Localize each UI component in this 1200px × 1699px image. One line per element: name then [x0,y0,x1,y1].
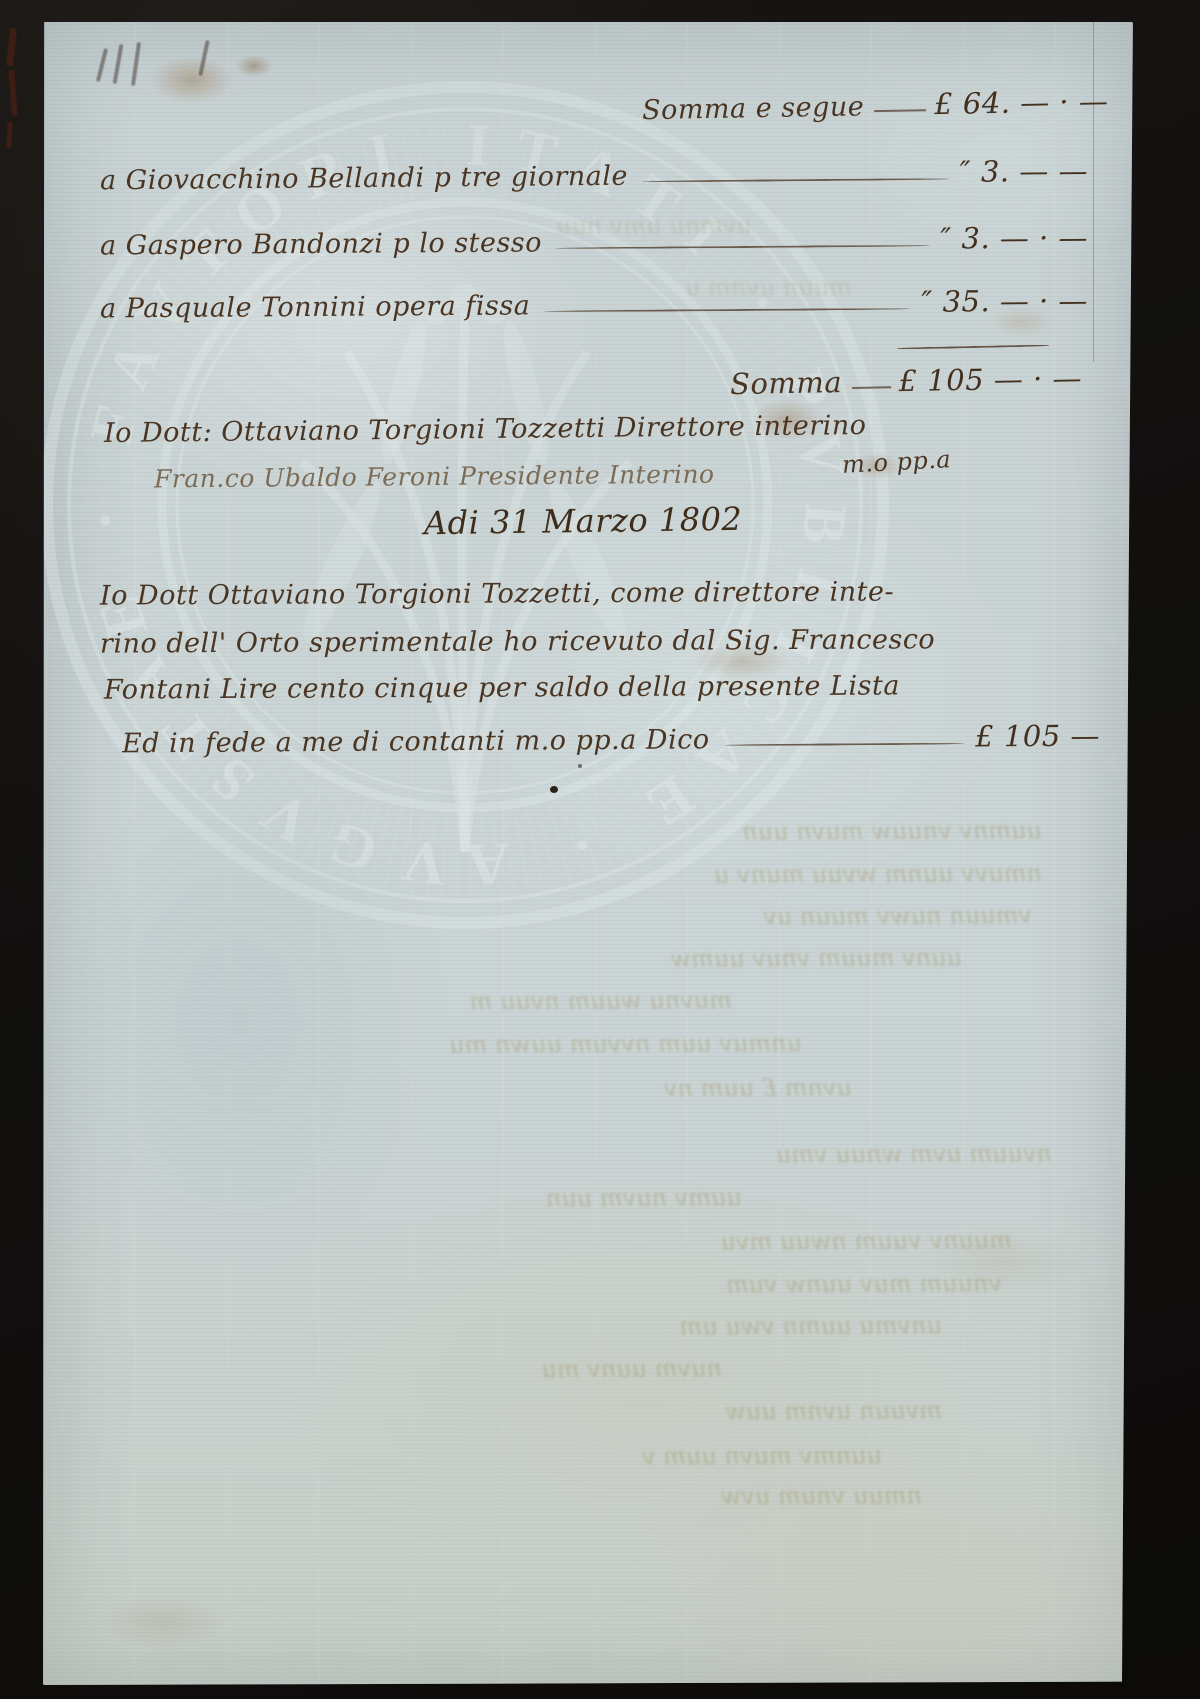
bleed-through-line: nmuu vnum uvw [662,1481,922,1510]
bleed-through-line: unvmu uumn vwu um [642,1311,942,1341]
total-line: Somma £ 105 — · — [730,361,1083,401]
bleed-through-line: nmuvv uunm wvuu munv u [682,859,1042,889]
connector-rule [852,386,890,389]
connector-rule [874,109,926,112]
bleed-through-line: uunv muum vnuv uumw [662,943,962,973]
date-line: Adi 31 Marzo 1802 [424,500,743,542]
bleed-through-line: nuvm uunv mu [472,1354,722,1383]
bleed-through-line: uunmv muvn uum v [582,1441,882,1471]
signature-line-director: Io Dott: Ottaviano Torgioni Tozzetti Dir… [104,410,867,449]
paper-stains [42,22,1134,1685]
receipt-closing-line: Ed in fede a me di contanti m.o pp.a Dic… [122,719,1100,760]
binding-mark [6,28,17,67]
bleed-through-line: muun uvnm u [392,273,852,303]
manuscript-page: ITATI · PVBLICAE · AVGVSTAE · FAVTORI · … [42,22,1134,1685]
entry-amount: ″ 35. — · — [921,284,1088,319]
paper-mottling [42,22,1134,1685]
bleed-through-line: uumv nuvm uun [462,1183,742,1212]
bleed-through-line: muunv vuum nwuu mvu [682,1226,1012,1256]
pen-mark [96,48,108,82]
binding-mark [8,70,17,116]
total-amount: £ 105 — · — [898,361,1082,398]
signature-line-president: Fran.co Ubaldo Feroni Presidente Interin… [154,460,715,494]
receipt-line: Io Dott Ottaviano Torgioni Tozzetti, com… [100,575,1100,611]
scan-background: { "header": { "carry_label": "Somma e se… [0,0,1200,1699]
pen-mark [131,42,141,86]
signature-flourish: m.o pp.a [841,445,951,479]
entry-rule [544,308,911,313]
closing-rule [724,743,966,747]
receipt-line: Fontani Lire cento cinque per saldo dell… [104,669,1104,705]
entry-amount: ″ 3. — · — [940,221,1088,256]
ink-dot [578,764,582,768]
bleed-through-line: nvuum uvm wnuu vmu [722,1139,1052,1169]
pen-mark [198,40,209,76]
bleed-through-line: uvnm £ uum nv [642,1073,852,1102]
carry-amount: £ 64. — · — [934,84,1109,121]
bleed-through-line: unmuv uum nvvum uuwn mu [382,1029,802,1059]
carry-label: Somma e segue [642,91,865,126]
receipt-line: rino dell' Orto sperimentale ho ricevuto… [100,623,1100,659]
bleed-through-line: muvnu wuum nvuu m [402,986,732,1016]
bleed-through-line: uumnv vnuuw muvn uum [742,816,1042,846]
ledger-column-line [1093,22,1094,362]
carry-forward-line: Somma e segue £ 64. — · — [642,84,1121,126]
entry-description: a Giovacchino Bellandi p tre giornale [100,161,628,197]
ink-dot [550,786,558,793]
entry-rule [642,178,950,183]
entry-rule [556,245,931,250]
total-label: Somma [730,365,843,401]
laid-paper-texture [42,22,1134,1685]
binding-mark [6,122,12,148]
receipt-closing-text: Ed in fede a me di contanti m.o pp.a Dic… [122,724,710,759]
bleed-through-line: vnuum muv uunw vum [662,1269,1002,1299]
pen-mark [113,44,124,84]
receipt-amount: £ 105 — [975,719,1100,754]
bleed-through-line: uvmnu umv nuu [422,211,752,241]
bleed-through-line: mvuun uvnm uuw [662,1396,942,1425]
total-rule-line [897,344,1049,349]
bleed-through-line: vmuun nuwv muun uv [702,901,1032,931]
ledger-entry-row: a Giovacchino Bellandi p tre giornale ″ … [100,154,1088,197]
entry-amount: ″ 3. — — [960,154,1088,189]
